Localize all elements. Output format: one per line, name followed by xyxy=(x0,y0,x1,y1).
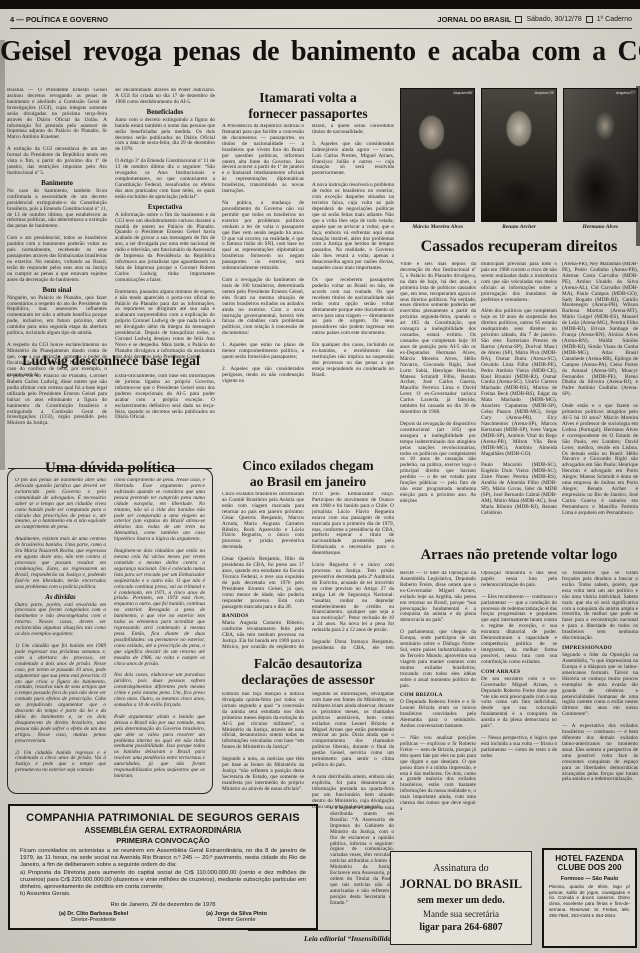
subhead-expectativa: Expectativa xyxy=(115,204,215,211)
checkbox-icon xyxy=(515,16,522,23)
ludwig-article: O porta-voz do Palácio do Planalto, Coro… xyxy=(7,374,215,456)
hotel-ad-location: Formoso — São Paulo xyxy=(549,876,630,882)
itamarati-columns: A Presidência da República instruiu o It… xyxy=(222,124,394,385)
photo-caption: Renato Archer xyxy=(481,224,556,230)
falcao-article-title: Falcão desautoriza declarações de assess… xyxy=(222,656,394,687)
body-text: Vinte e seis dias depois da decretação d… xyxy=(400,262,476,544)
ad-body-text: Ficam convidados os acionistas a se reun… xyxy=(20,848,306,899)
body-text: (Arena-PR), Ney Maranhão (MDB-PE), Pedro… xyxy=(562,262,638,544)
scan-edge-top xyxy=(0,0,640,9)
body-text: ser encaminhado através do Poder Judiciá… xyxy=(115,88,215,106)
lead-column-2: ser encaminhado através do Poder Judiciá… xyxy=(115,88,215,378)
newspaper-page: 4 — POLÍTICA E GOVERNO JORNAL DO BRASIL … xyxy=(0,0,640,953)
body-text: os brasileiros que se viram forçados pel… xyxy=(562,571,638,642)
body-text: De seu encontro com o ex-Governador Migu… xyxy=(481,677,557,760)
cinco-column-1: Cinco exilados brasileiros informaram ao… xyxy=(222,492,304,650)
body-text: No caso do banimento, também ficou confi… xyxy=(7,189,107,284)
body-text: Brasília — O Presidente Ernesto Geisel a… xyxy=(7,88,107,177)
body-text: A informação sobre o fim do banimento e … xyxy=(115,213,215,361)
lead-article: Brasília — O Presidente Ernesto Geisel a… xyxy=(7,88,215,352)
falcao-continuation: É a seguinte a íntegra da nota distribuí… xyxy=(330,806,394,928)
body-text: O fim das penas de banimento abre uma de… xyxy=(15,478,106,591)
body-text: O Deputado Roberto Freire e o Sr Leonel … xyxy=(400,700,476,813)
ad-assembleia-line: ASSEMBLÉIA GERAL EXTRAORDINÁRIA xyxy=(20,826,306,835)
arraes-article: Recife — O líder da Oposição na Assemblé… xyxy=(400,571,638,845)
photo-figure: Arquivo/78 Renato Archer xyxy=(481,88,556,230)
cassados-article: Vinte e seis dias depois da decretação d… xyxy=(400,262,638,544)
title-rule-right xyxy=(180,468,212,469)
masthead-right: JORNAL DO BRASIL Sábado, 30/12/78 1º Cad… xyxy=(437,15,632,24)
body-text: Oposição brasileira e dos seus papéis ne… xyxy=(481,571,557,666)
signature-role: Diretor Gerente xyxy=(206,917,267,923)
title-line-2: ao Brasil em janeiro xyxy=(222,474,394,490)
subhead-banimento: Banimento xyxy=(7,180,107,187)
subhead-com-arraes: COM ARRAES xyxy=(481,669,557,675)
hotel-ad-body: Piscina, quadra de tênis, lago p/ pescar… xyxy=(549,884,630,918)
body-text: Embora não faça menção à notícia divulga… xyxy=(222,692,304,810)
body-text: Maria Augusta Carneiro Ribeiro, conforme… xyxy=(222,621,304,650)
title-rule-left xyxy=(8,468,40,469)
subhead-as-duvidas: As dúvidas xyxy=(15,594,106,601)
subhead-beneficiados: Beneficiados xyxy=(115,109,215,116)
duvida-politica-box: Uma dúvida política O fim das penas de b… xyxy=(7,468,213,794)
ad-line: sem mexer um dedo. xyxy=(391,895,531,906)
falcao-article: Embora não faça menção à notícia divulga… xyxy=(222,692,394,800)
checkbox-icon xyxy=(586,16,593,23)
masthead-edition: 1º Caderno xyxy=(597,16,632,23)
ludwig-article-title: Ludwig desconhece base legal xyxy=(7,354,215,370)
photo-credit: Arquivo/78 xyxy=(535,90,554,95)
body-text: Brasil, a quem serão concedidos títulos … xyxy=(312,124,394,385)
duvida-article-title: Uma dúvida política xyxy=(40,460,180,477)
signature-name: (a) Jorge da Silva Pinto xyxy=(206,911,267,917)
title-line-2: fornecer passaportes xyxy=(222,106,394,122)
duvida-title-row: Uma dúvida política xyxy=(8,460,212,477)
lead-columns: Brasília — O Presidente Ernesto Geisel a… xyxy=(7,88,215,378)
cassados-article-title: Cassados recuperam direitos xyxy=(400,238,638,256)
body-text: 1970 pelo Embaixador suíço. Participou d… xyxy=(312,492,394,650)
subhead-impressionado: IMPRESSIONADO xyxy=(562,645,638,651)
body-text: Recife — O líder da Oposição na Assemblé… xyxy=(400,571,476,689)
ad-phone-line: ligar para 264-6807 xyxy=(391,922,531,933)
arraes-column-2: Oposição brasileira e dos seus papéis ne… xyxy=(481,571,557,845)
ad-signatures: (a) Dr. Clito Barbosa Bekel Diretor-Pres… xyxy=(20,911,306,923)
arraes-columns: Recife — O líder da Oposição na Assemblé… xyxy=(400,571,638,845)
body-text: como cumprimento de pena. Nesse caso, é … xyxy=(114,478,205,780)
ad-convocacao-line: PRIMEIRA CONVOCAÇÃO xyxy=(20,836,306,845)
main-headline: Geisel revoga penas de banimento e acaba… xyxy=(0,36,640,68)
photo-caption: Hermano Alves xyxy=(563,224,638,230)
arraes-article-title: Arraes não pretende voltar logo xyxy=(400,547,638,564)
duvida-column-2: como cumprimento de pena. Nesse caso, é … xyxy=(114,478,205,789)
jb-subscription-ad: Assinatura do JORNAL DO BRASIL sem mexer… xyxy=(390,851,532,945)
hotel-ad-title-2: CLUBE DOS 200 xyxy=(549,863,630,872)
cinco-column-2: 1970 pelo Embaixador suíço. Participou d… xyxy=(312,492,394,650)
cinco-exilados-title: Cinco exilados chegam ao Brasil em janei… xyxy=(222,458,394,489)
cinco-columns: Cinco exilados brasileiros informaram ao… xyxy=(222,492,394,650)
ad-brand-line: JORNAL DO BRASIL xyxy=(391,877,531,892)
portrait-photo: Arquivo/68 xyxy=(400,88,475,222)
photo-credit: Arquivo/77 xyxy=(616,90,635,95)
body-text: Segundo o líder da Oposição na Assembléi… xyxy=(562,653,638,783)
photo-figure: Arquivo/68 Márcio Moreira Alves xyxy=(400,88,475,230)
ad-dateline: Rio de Janeiro, 29 de dezembro de 1978 xyxy=(20,902,306,908)
cassados-columns: Vinte e seis dias depois da decretação d… xyxy=(400,262,638,544)
subhead-com-brizola: COM BRIZOLA xyxy=(400,692,476,698)
title-line-1: Falcão desautoriza xyxy=(222,656,394,672)
signature-2: (a) Jorge da Silva Pinto Diretor Gerente xyxy=(206,911,267,923)
title-line-2: declarações de assessor xyxy=(222,672,394,688)
itamarati-article: A Presidência da República instruiu o It… xyxy=(222,124,394,454)
portrait-photo: Arquivo/78 xyxy=(481,88,556,222)
body-text: A Presidência da República instruiu o It… xyxy=(222,124,304,385)
ad-company-name: COMPANHIA PATRIMONIAL DE SEGUROS GERAIS xyxy=(20,812,306,824)
page-section-label: 4 — POLÍTICA E GOVERNO xyxy=(10,15,108,24)
arraes-column-3: os brasileiros que se viram forçados pel… xyxy=(562,571,638,845)
masthead: 4 — POLÍTICA E GOVERNO JORNAL DO BRASIL … xyxy=(10,15,632,29)
signature-role: Diretor-Presidente xyxy=(59,917,128,923)
itamarati-article-title: Itamarati volta a fornecer passaportes xyxy=(222,90,394,121)
hotel-ad-title-1: HOTEL FAZENDA xyxy=(549,854,630,863)
ad-line: Mande sua secretária xyxy=(391,909,531,919)
scan-edge-left xyxy=(0,40,5,470)
title-line-1: Cinco exilados chegam xyxy=(222,458,394,474)
body-text: Outra parte, porém, está envolvida em pr… xyxy=(15,603,106,775)
body-text: Segundo as informações, divulgadas com b… xyxy=(312,692,394,810)
lead-column-1: Brasília — O Presidente Ernesto Geisel a… xyxy=(7,88,107,378)
falcao-columns: Embora não faça menção à notícia divulga… xyxy=(222,692,394,810)
subhead-bom-sinal: Bom sinal xyxy=(7,287,107,294)
signature-name: (a) Dr. Clito Barbosa Bekel xyxy=(59,911,128,917)
body-text: O porta-voz do Palácio do Planalto, Coro… xyxy=(7,374,107,427)
companhia-seguros-ad: COMPANHIA PATRIMONIAL DE SEGUROS GERAIS … xyxy=(8,804,318,930)
photos-row: Arquivo/68 Márcio Moreira Alves Arquivo/… xyxy=(400,88,638,230)
ad-line: Assinatura do xyxy=(391,863,531,874)
newspaper-brand: JORNAL DO BRASIL xyxy=(437,15,511,24)
ludwig-columns: O porta-voz do Palácio do Planalto, Coro… xyxy=(7,374,215,427)
portrait-photo: Arquivo/77 xyxy=(563,88,638,222)
duvida-columns: O fim das penas de banimento abre uma de… xyxy=(15,478,205,789)
subhead-banidos: BANIDOS xyxy=(222,613,304,619)
photo-caption: Márcio Moreira Alves xyxy=(400,224,475,230)
title-line-1: Itamarati volta a xyxy=(222,90,394,106)
photo-credit: Arquivo/68 xyxy=(453,90,472,95)
signature-1: (a) Dr. Clito Barbosa Bekel Diretor-Pres… xyxy=(59,911,128,923)
hotel-fazenda-ad: HOTEL FAZENDA CLUBE DOS 200 Formoso — Sã… xyxy=(542,848,637,948)
body-text: Cinco exilados brasileiros informaram ao… xyxy=(222,492,304,610)
cinco-exilados-article: Cinco exilados brasileiros informaram ao… xyxy=(222,492,394,650)
body-text: municipais previstas para todo o país em… xyxy=(481,262,557,544)
photo-figure: Arquivo/77 Hermano Alves xyxy=(563,88,638,230)
masthead-date: Sábado, 30/12/78 xyxy=(526,16,581,23)
arraes-column-1: Recife — O líder da Oposição na Assemblé… xyxy=(400,571,476,845)
body-text: Junto com o decreto extinguindo a figura… xyxy=(115,118,215,201)
body-text: Extra-oficialmente, com base em informaç… xyxy=(115,374,215,427)
duvida-column-1: O fim das penas de banimento abre uma de… xyxy=(15,478,106,789)
